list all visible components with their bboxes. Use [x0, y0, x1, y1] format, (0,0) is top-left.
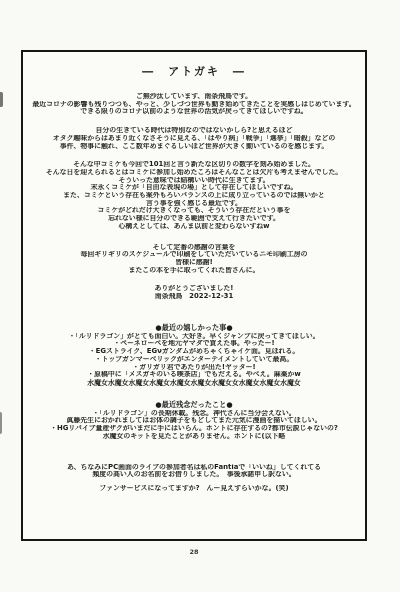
text-line: コミケがどれだけ大きくなっても、そういう存在だという事を	[25, 207, 363, 215]
witch-chant-line: 水魔女水魔女水魔女水魔女水魔女水魔女水魔女女水魔女水魔女水魔女	[23, 380, 365, 388]
text-line: そして定番の感謝の言葉を	[25, 244, 363, 252]
text-line: 自分の生きている時代は特別なのではないかしら?と思えるほど	[25, 127, 363, 135]
sad-list: ・「ルリドラゴン」の長期休載。残念。神代さんに当分会えない。眞藤先生におかれまし…	[25, 410, 363, 441]
scanned-afterword-page: ― アトガキ ― ご無沙汰しています、南条飛鳥です。最近コロナの影響も残りつつも…	[0, 0, 400, 592]
text-line: 言う事を強く感じる最近です。	[25, 200, 363, 208]
text-line: ・トップガンマーベリックがエンターテイメントしていて最高。	[25, 356, 363, 364]
text-line: できる限りのコロナ以前のような世界の活気が戻ってきてほしいですね。	[25, 108, 363, 116]
text-line: ・EGストライク、EGνガンダムがめちゃくちゃイケ面。見ほれる。	[25, 348, 363, 356]
text-line: ・「ルリドラゴン」がとても面白い。大好き。早くジャンプに戻ってきてほしい。	[25, 333, 363, 341]
text-line: 最近コロナの影響も残りつつも、やっと、少しづつ世界も動き始めてきたことを実感しは…	[25, 101, 363, 109]
scan-artifact	[0, 92, 3, 107]
text-line: また、コミケという存在も案外もろいバランスの上に成り立っているのでは無いかと	[25, 192, 363, 200]
text-line: 末永くコミケが「自由な表現の場」として存在してほしいですね。	[25, 184, 363, 192]
text-line: ・「ルリドラゴン」の長期休載。残念。神代さんに当分会えない。	[25, 410, 363, 418]
text-line: ・ガリガリ君であたりが出た!ヤッター!	[25, 364, 363, 372]
text-line: 南条飛鳥 2022-12-31	[25, 293, 363, 301]
paragraph-greeting: ご無沙汰しています、南条飛鳥です。最近コロナの影響も残りつつも、やっと、少しづつ…	[25, 93, 363, 116]
text-line: 眞藤先生におかれましてはお体の調子をもどしてまた元気に漫画を描いてほしい。	[25, 417, 363, 425]
note-fantia: あ、ちなみにPC画面のライブの参加者名は私のFantiaで「いいね」してくれてる…	[25, 464, 363, 479]
afterword-title: ― アトガキ ―	[23, 63, 365, 79]
text-line: 事件、物事に触れ、ここ数年めまぐるしいほど世界が大きく動いているのを感じます。	[25, 143, 363, 151]
text-line: ・HGリバイブ量産ザクがいまだに手にはいらん。ホントに存在するの?都市伝説じゃな…	[25, 425, 363, 433]
paragraph-era: 自分の生きている時代は特別なのではないかしら?と思えるほどオタク趣味からはあまり…	[25, 127, 363, 150]
page-number: 28	[21, 548, 367, 556]
happy-list: ・「ルリドラゴン」がとても面白い。大好き。早くジャンプに戻ってきてほしい。・ペー…	[25, 333, 363, 379]
paragraph-comiket: そんな中コミケも今回で101回と言う新たな区切りの数字を刻み始めました。そんな日…	[25, 161, 363, 230]
paragraph-thanks: そして定番の感謝の言葉を毎回ギリギリのスケジュールで印刷をしていただいているニモ…	[25, 244, 363, 275]
happy-section-header: ●最近の嬉しかった事●	[23, 324, 365, 332]
text-line: そんな日を迎えられるとはコミケに参加し始めたころはそんなことは欠片も考えませんで…	[25, 169, 363, 177]
text-line: あ、ちなみにPC画面のライブの参加者名は私のFantiaで「いいね」してくれてる	[25, 464, 363, 472]
sad-section-header: ●最近残念だったこと●	[23, 401, 365, 409]
text-line: 水魔女のキットを見たことがありません。ホントに(以下略	[25, 433, 363, 441]
afterword-frame: ― アトガキ ― ご無沙汰しています、南条飛鳥です。最近コロナの影響も残りつつも…	[21, 50, 367, 541]
text-line: ありがとうございました!	[25, 285, 363, 293]
text-line: ・ペーネローペを地元ヤマダで買えた事。やったー!	[25, 340, 363, 348]
scan-artifact	[0, 412, 2, 434]
text-line: ・原稿中に「メスガキのいる喫茶店」でもだえる。やべえ。麻薬かw	[25, 371, 363, 379]
text-line: 心構えとしては、あんま以前と変わらないすねw	[25, 223, 363, 231]
text-line: そういった意味では結構いい時代に生きてます。	[25, 177, 363, 185]
text-line: 皆様に感謝!	[25, 259, 363, 267]
text-line: 忘れない様に自分のできる範囲で支えて行きたいです。	[25, 215, 363, 223]
text-line: ご無沙汰しています、南条飛鳥です。	[25, 93, 363, 101]
text-line: またこの本を手に取ってくれた皆さんに。	[25, 267, 363, 275]
note-fanservice: ファンサービスになってますか? んー見えずらいかな。(笑)	[25, 485, 363, 493]
text-line: ファンサービスになってますか? んー見えずらいかな。(笑)	[25, 485, 363, 493]
text-line: オタク趣味からはあまり近くなさそうに見える、「はやり病」「戦争」「選挙」「暗殺」…	[25, 135, 363, 143]
text-line: そんな中コミケも今回で101回と言う新たな区切りの数字を刻み始めました。	[25, 161, 363, 169]
text-line: 頻度の高い人のお名前をお借りしました。 事後承諾申し訳ない。	[25, 471, 363, 479]
text-line: 毎回ギリギリのスケジュールで印刷をしていただいているニモ印刷工房の	[25, 251, 363, 259]
signature-block: ありがとうございました!南条飛鳥 2022-12-31	[25, 285, 363, 300]
